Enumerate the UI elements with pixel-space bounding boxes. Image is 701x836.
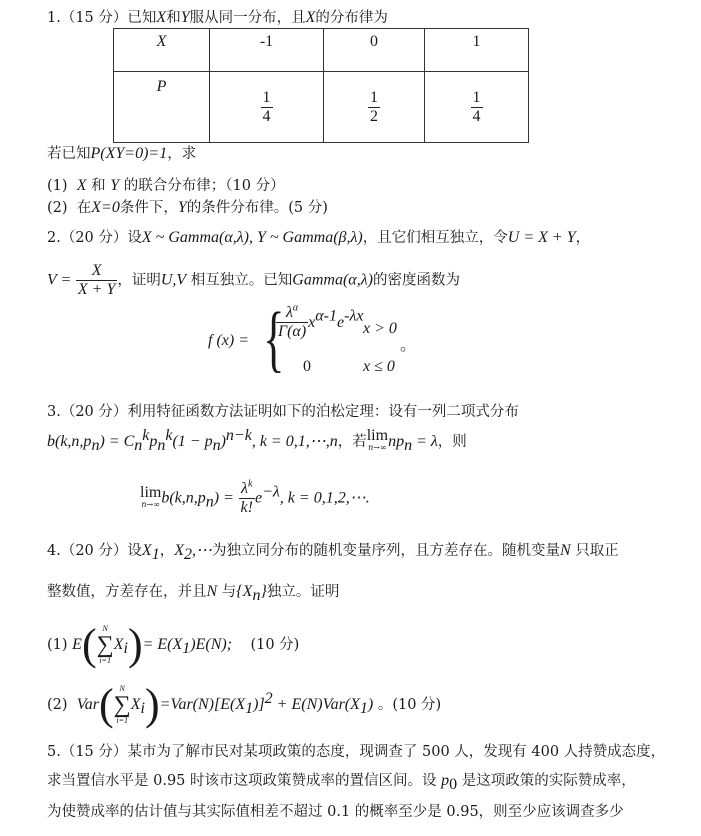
lambda: λ xyxy=(286,304,293,321)
e: e xyxy=(255,490,262,507)
p-value: 14 xyxy=(210,72,324,143)
text: 求当置信水平是 0.95 时该市这项政策赞成率的置信区间。设 xyxy=(47,773,437,789)
given-expression: P(XY=0)=1 xyxy=(91,145,168,162)
uv: U,V xyxy=(161,272,186,289)
result-fraction: λkk! xyxy=(239,480,255,517)
rhs: = E(X xyxy=(143,636,183,653)
q4-part2: (2) Var(N∑i=1Xi)=Var(N)[E(X1)]2 + E(N)Va… xyxy=(47,682,441,728)
sup: −λ xyxy=(262,484,280,501)
numerator: X xyxy=(76,262,117,280)
lambda: = λ xyxy=(412,433,438,450)
row-label-p: P xyxy=(114,72,210,143)
fx-lhs: f (x) = xyxy=(208,332,249,350)
lim: lim xyxy=(367,430,388,442)
var-x: X xyxy=(77,177,87,194)
lim: lim xyxy=(140,487,161,499)
k-range: , k = 0,1,⋯,n xyxy=(252,433,338,450)
q3-binom-line: b(k,n,pn) = Cnkpnk(1 − pn)n−k, k = 0,1,⋯… xyxy=(47,430,467,454)
condition: X=0 xyxy=(91,199,120,216)
numerator: 1 xyxy=(471,89,483,107)
text: ，证明 xyxy=(117,273,161,289)
k-range: , k = 0,1,2,⋯. xyxy=(280,490,370,507)
text: ，若 xyxy=(338,434,367,450)
text: 独立。证明 xyxy=(267,584,340,600)
text: 的条件分布律。(5 分) xyxy=(187,200,328,216)
part-label: (1) xyxy=(47,178,68,194)
case1-fraction: λαΓ(α) xyxy=(276,304,308,341)
numerator: 1 xyxy=(368,89,380,107)
result-lhs: b(k,n,p xyxy=(161,490,205,507)
gamma-fn: Γ(α) xyxy=(276,322,308,341)
x-value: 1 xyxy=(425,29,529,72)
sup: k xyxy=(248,479,252,490)
q1-part1: (1) X 和 Y 的联合分布律；（10 分） xyxy=(47,176,285,196)
case2-condition: x ≤ 0 xyxy=(363,358,395,376)
var-x: X xyxy=(156,9,166,26)
set: {X xyxy=(236,583,252,600)
text: 若已知 xyxy=(47,146,91,162)
text: ， xyxy=(576,230,591,246)
lim-sub: n→∞ xyxy=(367,442,388,454)
q3-header: 3.（20 分）利用特征函数方法证明如下的泊松定理：设有一列二项式分布 xyxy=(47,402,519,422)
binom-lhs: b(k,n,p xyxy=(47,433,91,450)
lim-sub: n→∞ xyxy=(140,499,161,511)
summation: N∑i=1 xyxy=(97,624,114,666)
text: 是这项政策的实际赞成率， xyxy=(462,773,636,789)
gamma-expression: X ~ Gamma(α,λ), Y ~ Gamma(β,λ) xyxy=(142,229,363,246)
text: 和 xyxy=(166,10,181,26)
distribution-table: X -1 0 1 P 14 12 14 xyxy=(113,28,529,143)
part-label: (1) xyxy=(47,637,68,653)
q1-header: 1.（15 分）已知X和Y服从同一分布，且X的分布律为 xyxy=(47,8,388,28)
q2-header-text: 2.（20 分）设 xyxy=(47,230,142,246)
sup: -λx xyxy=(344,308,363,325)
limit: limn→∞ xyxy=(140,487,161,511)
var-y: Y xyxy=(181,9,190,26)
text: 条件下， xyxy=(120,200,178,216)
text: 只取正 xyxy=(575,543,619,559)
q3-result: limn→∞b(k,n,pn) = λkk!e−λ, k = 0,1,2,⋯. xyxy=(140,480,370,517)
text: 的分布律为 xyxy=(315,10,388,26)
p-value: 14 xyxy=(425,72,529,143)
eq: ) = xyxy=(214,490,234,507)
q2-v-line: V = XX + Y，证明U,V 相互独立。已知Gamma(α,λ)的密度函数为 xyxy=(47,262,460,299)
p-value: 12 xyxy=(324,72,425,143)
u-expression: U = X + Y xyxy=(508,229,576,246)
summation: N∑i=1 xyxy=(114,684,131,726)
text: ，则 xyxy=(438,434,467,450)
var-y: Y xyxy=(110,177,119,194)
exp: n−k xyxy=(226,427,252,444)
table-row-p: P 14 12 14 xyxy=(114,72,529,143)
var-x: X xyxy=(306,9,316,26)
q4-part1: (1) E(N∑i=1Xi)= E(X1)E(N); (10 分) xyxy=(47,622,299,668)
sub: 0 xyxy=(449,776,457,793)
rhs: )] xyxy=(253,696,265,713)
k-factorial: k! xyxy=(239,498,255,517)
var-n: N xyxy=(207,583,218,600)
sup: α-1 xyxy=(315,308,337,325)
density-function: f (x) = { λαΓ(α)xα-1e-λx x > 0 。 0 x ≤ 0 xyxy=(208,302,428,382)
x2: X xyxy=(174,542,184,559)
expectation: E xyxy=(72,636,82,653)
rhs: )E(N); xyxy=(190,636,232,653)
v-fraction: XX + Y xyxy=(76,262,117,299)
q5-line3: 为使赞成率的估计值与其实际值相差不超过 0.1 的概率至少是 0.95，则至少应… xyxy=(47,802,624,822)
lambda: λ xyxy=(241,480,248,497)
binom-rest: (1 − p xyxy=(172,433,212,450)
var-y: Y xyxy=(178,199,187,216)
case-1: λαΓ(α)xα-1e-λx xyxy=(276,304,363,341)
text: 的联合分布律；（10 分） xyxy=(124,178,285,194)
numerator: 1 xyxy=(261,89,273,107)
part-label: (2) xyxy=(47,200,68,216)
q5-line2: 求当置信水平是 0.95 时该市这项政策赞成率的置信区间。设 p0 是这项政策的… xyxy=(47,771,636,791)
table-row-x: X -1 0 1 xyxy=(114,29,529,72)
q4-line2: 整数值，方差存在，并且N 与{Xn}独立。证明 xyxy=(47,582,339,602)
q2-header: 2.（20 分）设X ~ Gamma(α,λ), Y ~ Gamma(β,λ)，… xyxy=(47,228,590,248)
denominator: 4 xyxy=(261,107,273,126)
binom-c: ) = C xyxy=(99,433,134,450)
x-value: 0 xyxy=(324,29,425,72)
text: 整数值，方差存在，并且 xyxy=(47,584,207,600)
q1-header-text: 1.（15 分）已知 xyxy=(47,10,156,26)
var-n: N xyxy=(560,542,571,559)
rhs: ) xyxy=(368,696,373,713)
q5-line1: 5.（15 分）某市为了解市民对某项政策的态度，现调查了 500 人，发现有 4… xyxy=(47,742,665,762)
denominator: 2 xyxy=(368,107,380,126)
text: 为独立同分布的随机变量序列，且方差存在。随机变量 xyxy=(212,543,560,559)
gamma: Gamma(α,λ) xyxy=(292,272,373,289)
period: 。 xyxy=(400,332,416,355)
x1: X xyxy=(142,542,152,559)
variance: Var xyxy=(77,696,99,713)
rhs: + E(N)Var(X xyxy=(273,696,360,713)
np: np xyxy=(388,433,404,450)
row-label-x: X xyxy=(114,29,210,72)
text: 服从同一分布，且 xyxy=(190,10,306,26)
text: ，且它们相互独立，令 xyxy=(363,230,508,246)
text: 在 xyxy=(77,200,92,216)
text: ，求 xyxy=(167,146,196,162)
limit: limn→∞ xyxy=(367,430,388,454)
sup: α xyxy=(293,303,298,314)
rhs: =Var(N)[E(X xyxy=(160,696,245,713)
case1-condition: x > 0 xyxy=(363,320,397,338)
part-label: (2) xyxy=(47,697,68,713)
x-value: -1 xyxy=(210,29,324,72)
q4-header: 4.（20 分）设X1，X2,⋯为独立同分布的随机变量序列，且方差存在。随机变量… xyxy=(47,541,619,561)
text: 与 xyxy=(222,584,237,600)
denominator: 4 xyxy=(471,107,483,126)
points: (10 分) xyxy=(250,637,299,653)
q4-header-text: 4.（20 分）设 xyxy=(47,543,142,559)
v-lhs: V = xyxy=(47,272,71,289)
xi: X xyxy=(131,696,141,713)
p0: p xyxy=(441,772,449,789)
denominator: X + Y xyxy=(76,280,117,299)
q1-given: 若已知P(XY=0)=1，求 xyxy=(47,144,196,164)
case2-value: 0 xyxy=(303,358,311,376)
q1-part2: (2) 在X=0条件下，Y的条件分布律。(5 分) xyxy=(47,198,328,218)
points: 。(10 分) xyxy=(378,697,441,713)
text: 的密度函数为 xyxy=(373,273,460,289)
text: 相互独立。已知 xyxy=(191,273,293,289)
